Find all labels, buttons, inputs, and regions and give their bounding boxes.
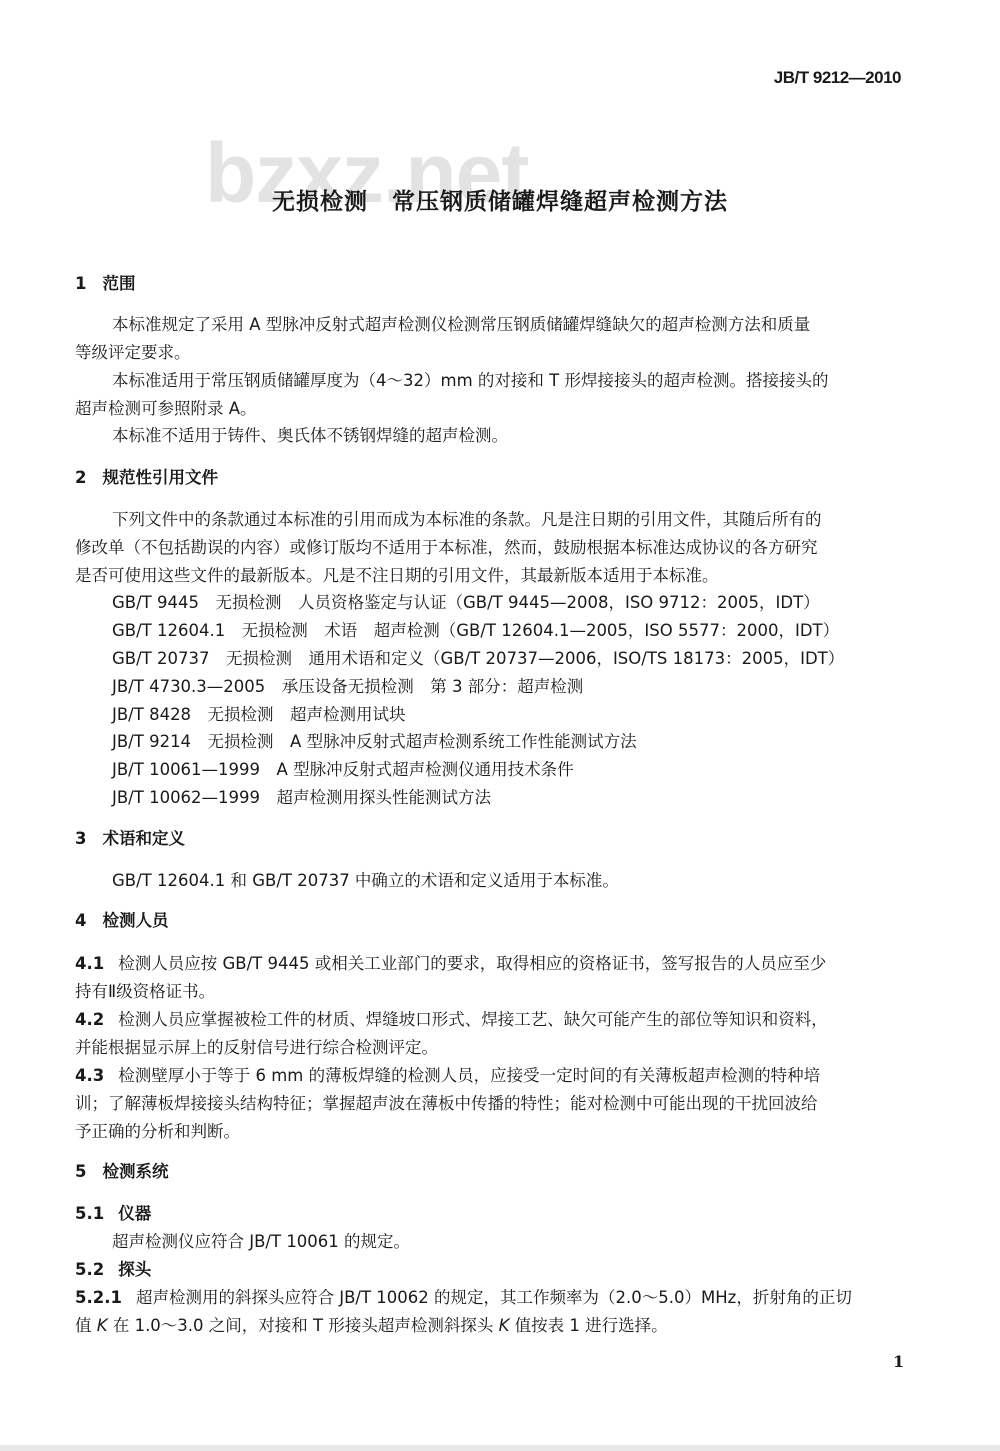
reference-item: JB/T 4730.3—2005 承压设备无损检测 第 3 部分：超声检测	[112, 679, 583, 696]
paragraph-line: 本标准适用于常压钢质储罐厚度为（4～32）mm 的对接和 T 形焊接接头的超声检…	[112, 373, 828, 390]
paragraph-line: 等级评定要求。	[75, 345, 191, 362]
paragraph-line: 修改单（不包括勘误的内容）或修订版均不适用于本标准，然而，鼓励根据本标准达成协议…	[75, 540, 818, 557]
clause-4-1: 4.1检测人员应按 GB/T 9445 或相关工业部门的要求，取得相应的资格证书…	[75, 956, 826, 973]
clause-text: 检测人员应按 GB/T 9445 或相关工业部门的要求，取得相应的资格证书，签写…	[118, 954, 826, 973]
text-fragment: 在 1.0～3.0 之间，对接和 T 形接头超声检测斜探头	[108, 1316, 499, 1335]
section-3-heading: 3术语和定义	[75, 831, 185, 848]
section-number: 3	[75, 829, 86, 848]
section-2-heading: 2规范性引用文件	[75, 470, 218, 487]
section-title: 术语和定义	[102, 829, 185, 848]
section-1-heading: 1范围	[75, 276, 135, 293]
clause-4-2: 4.2检测人员应掌握被检工件的材质、焊缝坡口形式、焊接工艺、缺欠可能产生的部位等…	[75, 1012, 828, 1029]
paragraph-line: 下列文件中的条款通过本标准的引用而成为本标准的条款。凡是注日期的引用文件，其随后…	[112, 512, 822, 529]
clause-title: 探头	[118, 1260, 151, 1279]
paragraph-line: 是否可使用这些文件的最新版本。凡是不注日期的引用文件，其最新版本适用于本标准。	[75, 568, 719, 585]
page-number: 1	[893, 1352, 904, 1371]
symbol-k: K	[499, 1316, 510, 1335]
clause-5-1-heading: 5.1仪器	[75, 1206, 151, 1223]
reference-item: JB/T 10061—1999 A 型脉冲反射式超声检测仪通用技术条件	[112, 762, 574, 779]
section-4-heading: 4检测人员	[75, 913, 168, 930]
clause-5-2-heading: 5.2探头	[75, 1262, 151, 1279]
reference-item: JB/T 10062—1999 超声检测用探头性能测试方法	[112, 790, 491, 807]
clause-number: 5.1	[75, 1204, 104, 1223]
clause-text: 检测壁厚小于等于 6 mm 的薄板焊缝的检测人员，应接受一定时间的有关薄板超声检…	[118, 1066, 820, 1085]
symbol-k: K	[97, 1316, 108, 1335]
paragraph-line: 超声检测仪应符合 JB/T 10061 的规定。	[112, 1234, 410, 1251]
clause-number: 5.2	[75, 1260, 104, 1279]
paragraph-line: 持有Ⅱ级资格证书。	[75, 984, 215, 1001]
section-number: 1	[75, 274, 86, 293]
text-fragment: 值	[75, 1316, 97, 1335]
section-title: 规范性引用文件	[102, 468, 218, 487]
clause-5-2-1: 5.2.1超声检测用的斜探头应符合 JB/T 10062 的规定，其工作频率为（…	[75, 1290, 852, 1307]
paragraph-line: 予正确的分析和判断。	[75, 1124, 240, 1141]
reference-item: GB/T 20737 无损检测 通用术语和定义（GB/T 20737—2006，…	[112, 651, 844, 668]
clause-text: 检测人员应掌握被检工件的材质、焊缝坡口形式、焊接工艺、缺欠可能产生的部位等知识和…	[118, 1010, 828, 1029]
section-number: 5	[75, 1162, 86, 1181]
section-title: 范围	[102, 274, 135, 293]
clause-number: 4.1	[75, 954, 104, 973]
paragraph-line: 超声检测可参照附录 A。	[75, 401, 257, 418]
clause-number: 4.2	[75, 1010, 104, 1029]
reference-item: JB/T 8428 无损检测 超声检测用试块	[112, 707, 406, 724]
clause-number: 5.2.1	[75, 1288, 122, 1307]
section-5-heading: 5检测系统	[75, 1164, 168, 1181]
section-number: 2	[75, 468, 86, 487]
standard-number: JB/T 9212—2010	[774, 68, 901, 88]
paragraph-line: 值 K 在 1.0～3.0 之间，对接和 T 形接头超声检测斜探头 K 值按表 …	[75, 1318, 668, 1335]
reference-item: GB/T 9445 无损检测 人员资格鉴定与认证（GB/T 9445—2008，…	[112, 595, 820, 612]
clause-4-3: 4.3检测壁厚小于等于 6 mm 的薄板焊缝的检测人员，应接受一定时间的有关薄板…	[75, 1068, 820, 1085]
clause-text: 超声检测用的斜探头应符合 JB/T 10062 的规定，其工作频率为（2.0～5…	[136, 1288, 852, 1307]
section-title: 检测人员	[102, 911, 168, 930]
paragraph-line: 并能根据显示屏上的反射信号进行综合检测评定。	[75, 1040, 438, 1057]
reference-item: JB/T 9214 无损检测 A 型脉冲反射式超声检测系统工作性能测试方法	[112, 734, 637, 751]
section-title: 检测系统	[102, 1162, 168, 1181]
section-number: 4	[75, 911, 86, 930]
paragraph-line: 本标准规定了采用 A 型脉冲反射式超声检测仪检测常压钢质储罐焊缝缺欠的超声检测方…	[112, 317, 810, 334]
clause-number: 4.3	[75, 1066, 104, 1085]
paragraph-line: GB/T 12604.1 和 GB/T 20737 中确立的术语和定义适用于本标…	[112, 873, 619, 890]
text-fragment: 值按表 1 进行选择。	[509, 1316, 667, 1335]
paragraph-line: 本标准不适用于铸件、奥氏体不锈钢焊缝的超声检测。	[112, 428, 508, 445]
reference-item: GB/T 12604.1 无损检测 术语 超声检测（GB/T 12604.1—2…	[112, 623, 839, 640]
paragraph-line: 训；了解薄板焊接接头结构特征；掌握超声波在薄板中传播的特性；能对检测中可能出现的…	[75, 1096, 818, 1113]
clause-title: 仪器	[118, 1204, 151, 1223]
document-page: JB/T 9212—2010 bzxz.net 无损检测 常压钢质储罐焊缝超声检…	[0, 0, 1000, 1445]
document-title: 无损检测 常压钢质储罐焊缝超声检测方法	[0, 183, 1000, 216]
